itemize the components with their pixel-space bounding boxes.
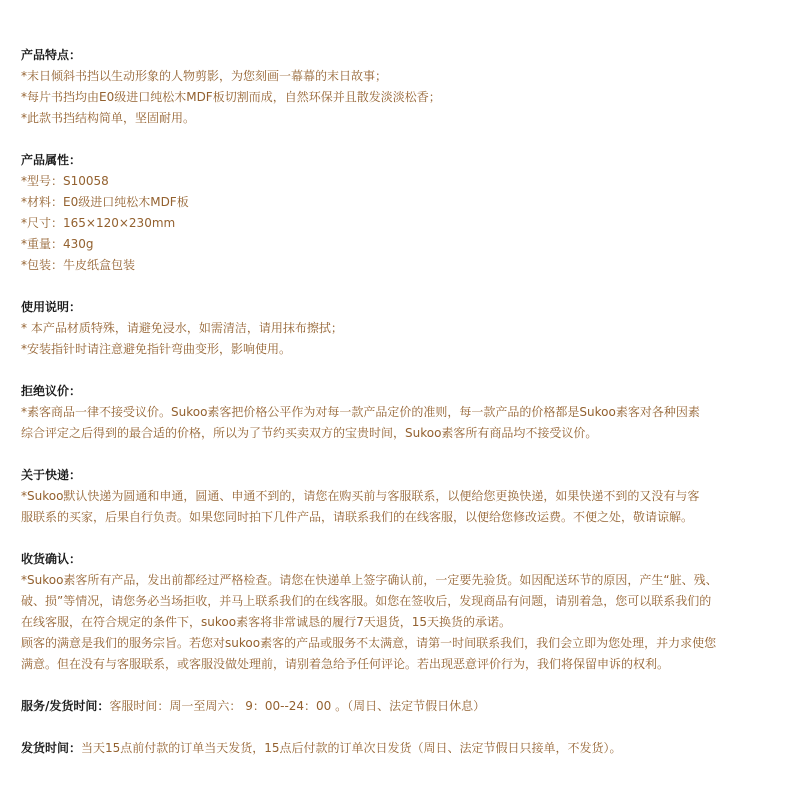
section-product-attributes: 产品属性： *型号：S10058 *材料：E0级进口纯松木MDF板 *尺寸：16… xyxy=(21,150,781,276)
text-line: 在线客服，在符合规定的条件下，sukoo素客将非常诚恳的履行7天退货，15天换货… xyxy=(21,612,781,633)
service-time-line: 服务/发货时间：客服时间：周一至周六： 9：00--24：00 。（周日、法定节… xyxy=(21,696,781,717)
section-no-bargaining: 拒绝议价： *素客商品一律不接受议价。Sukoo素客把价格公平作为对每一款产品定… xyxy=(21,381,781,444)
shipping-time-line: 发货时间：当天15点前付款的订单当天发货，15点后付款的订单次日发货（周日、法定… xyxy=(21,738,781,759)
shipping-time-label: 发货时间： xyxy=(21,741,81,755)
section-delivery-confirmation: 收货确认： *Sukoo素客所有产品，发出前都经过严格检查。请您在快递单上签字确… xyxy=(21,549,781,675)
text-line: *素客商品一律不接受议价。Sukoo素客把价格公平作为对每一款产品定价的准则，每… xyxy=(21,402,781,423)
text-line: 服联系的买家，后果自行负责。如果您同时拍下几件产品，请联系我们的在线客服，以便给… xyxy=(21,507,781,528)
text-line: *此款书挡结构简单，坚固耐用。 xyxy=(21,108,781,129)
section-service-time: 服务/发货时间：客服时间：周一至周六： 9：00--24：00 。（周日、法定节… xyxy=(21,696,781,717)
attribute-size: *尺寸：165×120×230mm xyxy=(21,213,781,234)
section-product-features: 产品特点： *末日倾斜书挡以生动形象的人物剪影，为您刻画一幕幕的末日故事； *每… xyxy=(21,45,781,129)
text-line: *Sukoo素客所有产品，发出前都经过严格检查。请您在快递单上签字确认前，一定要… xyxy=(21,570,781,591)
text-line: 综合评定之后得到的最合适的价格，所以为了节约买卖双方的宝贵时间，Sukoo素客所… xyxy=(21,423,781,444)
section-heading: 产品属性： xyxy=(21,150,781,171)
section-shipping-time: 发货时间：当天15点前付款的订单当天发货，15点后付款的订单次日发货（周日、法定… xyxy=(21,738,781,759)
section-heading: 关于快递： xyxy=(21,465,781,486)
attribute-model: *型号：S10058 xyxy=(21,171,781,192)
service-time-value: 客服时间：周一至周六： 9：00--24：00 。（周日、法定节假日休息） xyxy=(109,699,485,713)
attribute-weight: *重量：430g xyxy=(21,234,781,255)
text-line: * 本产品材质特殊，请避免浸水，如需清洁，请用抹布擦拭； xyxy=(21,318,781,339)
shipping-time-value: 当天15点前付款的订单当天发货，15点后付款的订单次日发货（周日、法定节假日只接… xyxy=(81,741,622,755)
section-shipping-courier: 关于快递： *Sukoo默认快递为圆通和申通，圆通、申通不到的，请您在购买前与客… xyxy=(21,465,781,528)
section-heading: 使用说明： xyxy=(21,297,781,318)
service-time-label: 服务/发货时间： xyxy=(21,699,109,713)
text-line: *安装指针时请注意避免指针弯曲变形，影响使用。 xyxy=(21,339,781,360)
section-heading: 产品特点： xyxy=(21,45,781,66)
text-line: *Sukoo默认快递为圆通和申通，圆通、申通不到的，请您在购买前与客服联系，以便… xyxy=(21,486,781,507)
section-usage-instructions: 使用说明： * 本产品材质特殊，请避免浸水，如需清洁，请用抹布擦拭； *安装指针… xyxy=(21,297,781,360)
text-line: *每片书挡均由E0级进口纯松木MDF板切割而成，自然环保并且散发淡淡松香； xyxy=(21,87,781,108)
product-description-document: 产品特点： *末日倾斜书挡以生动形象的人物剪影，为您刻画一幕幕的末日故事； *每… xyxy=(21,45,781,780)
text-line: 顾客的满意是我们的服务宗旨。若您对sukoo素客的产品或服务不太满意，请第一时间… xyxy=(21,633,781,654)
section-heading: 收货确认： xyxy=(21,549,781,570)
attribute-packaging: *包装：牛皮纸盒包装 xyxy=(21,255,781,276)
section-heading: 拒绝议价： xyxy=(21,381,781,402)
text-line: 破、损”等情况，请您务必当场拒收，并马上联系我们的在线客服。如您在签收后，发现商… xyxy=(21,591,781,612)
text-line: 满意。但在没有与客服联系，或客服没做处理前，请别着急给予任何评论。若出现恶意评价… xyxy=(21,654,781,675)
attribute-material: *材料：E0级进口纯松木MDF板 xyxy=(21,192,781,213)
text-line: *末日倾斜书挡以生动形象的人物剪影，为您刻画一幕幕的末日故事； xyxy=(21,66,781,87)
